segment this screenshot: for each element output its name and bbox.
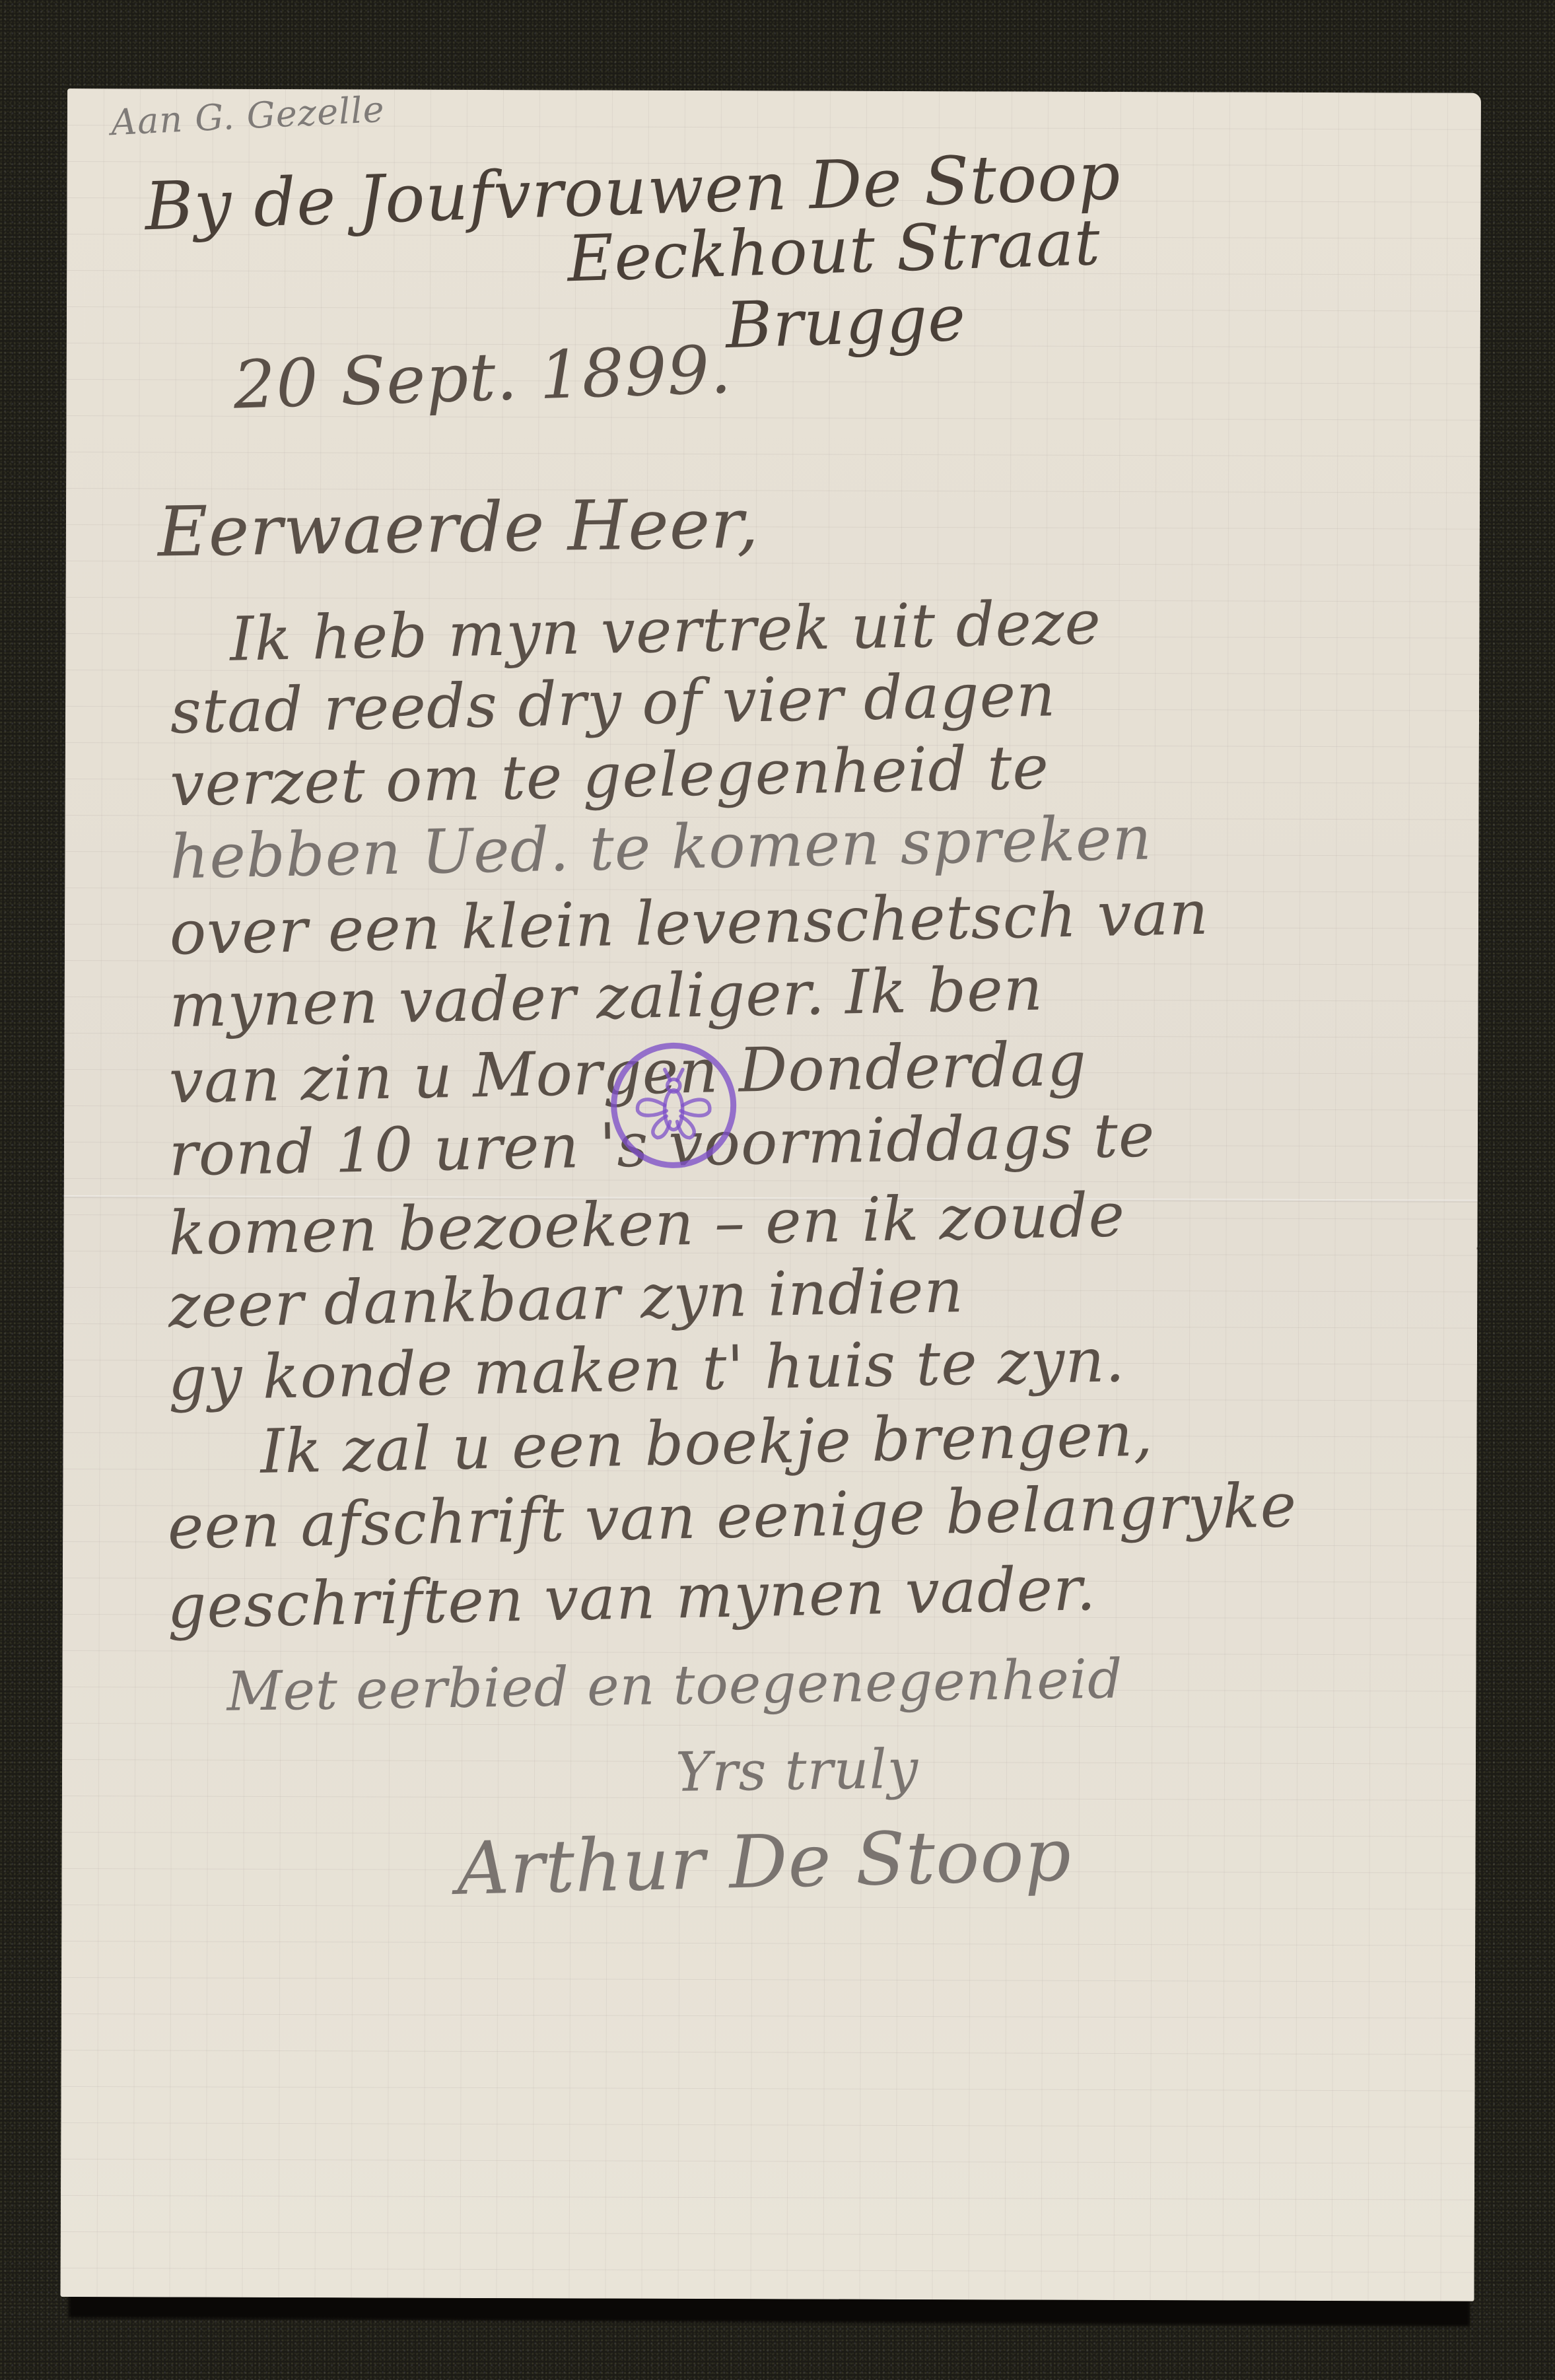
edge-mark — [1476, 1247, 1481, 1252]
body-line: mynen vader zaliger. Ik ben — [168, 954, 1043, 1041]
bee-icon — [629, 1061, 718, 1150]
signature: Arthur De Stoop — [456, 1812, 1072, 1910]
salutation: Eerwaerde Heer, — [157, 483, 759, 572]
letter-page: Aan G. Gezelle By de Joufvrouwen De Stoo… — [60, 88, 1480, 2301]
letter-date: 20 Sept. 1899. — [232, 331, 733, 424]
letter-body: Ik heb myn vertrek uit deze stad reeds d… — [67, 88, 1481, 93]
body-line: Ik zal u een boekje brengen, — [259, 1399, 1154, 1487]
body-line: over een klein levenschetsch van — [169, 878, 1210, 969]
body-line: komen bezoeken – en ik zoude — [168, 1179, 1126, 1269]
body-line: zeer dankbaar zyn indien — [168, 1255, 965, 1342]
address-line-3: Brugge — [724, 281, 967, 363]
closing-line: Met eerbied en toegenegenheid — [226, 1648, 1123, 1723]
body-line: geschriften van mynen vader. — [167, 1553, 1097, 1642]
archival-annotation: Aan G. Gezelle — [110, 88, 386, 143]
collection-stamp — [611, 1043, 737, 1169]
closing-valediction: Yrs truly — [675, 1738, 918, 1804]
